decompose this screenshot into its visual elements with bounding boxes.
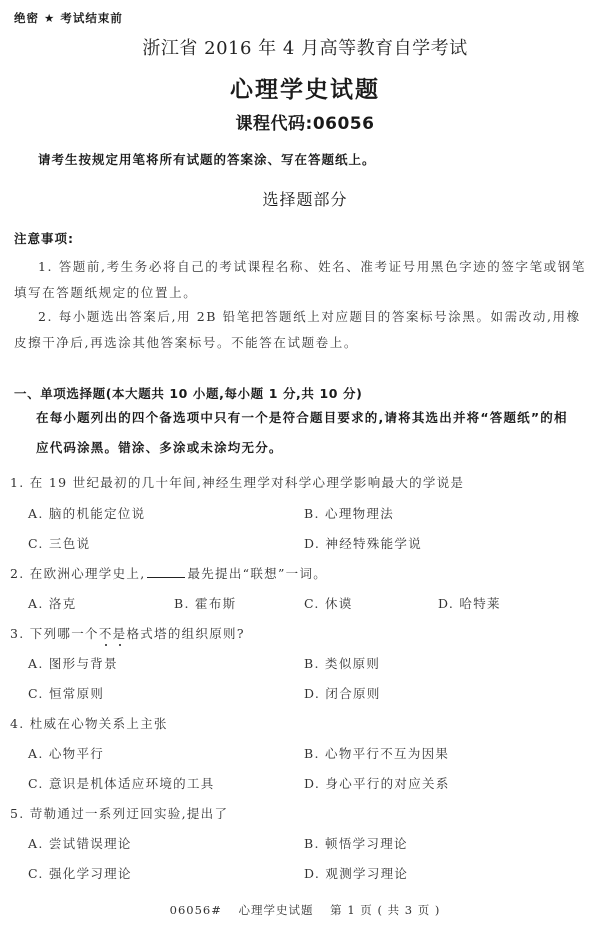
section-heading: 选择题部分 (0, 187, 610, 210)
question-2-option-a: A. 洛克 (28, 594, 76, 612)
emphasis-dot-is: 是 (113, 626, 127, 641)
note-1-line-1: 1. 答题前,考生务必将自己的考试课程名称、姓名、准考证号用黑色字迹的签字笔或钢… (38, 257, 586, 275)
question-5-option-b: B. 顿悟学习理论 (304, 834, 408, 852)
question-1-option-d: D. 神经特殊能学说 (304, 534, 422, 552)
question-4-option-c: C. 意识是机体适应环境的工具 (28, 774, 215, 792)
question-1-option-c: C. 三色说 (28, 534, 90, 552)
answer-instruction: 请考生按规定用笔将所有试题的答案涂、写在答题纸上。 (38, 150, 376, 168)
question-3-stem-before: 3. 下列哪一个 (10, 626, 99, 641)
emphasis-dot-not: 不 (99, 626, 113, 641)
question-5-option-a: A. 尝试错误理论 (28, 834, 132, 852)
question-4-option-a: A. 心物平行 (28, 744, 104, 762)
question-1-stem: 1. 在 19 世纪最初的几十年间,神经生理学对科学心理学影响最大的学说是 (10, 473, 464, 491)
paper-title: 心理学史试题 (0, 71, 610, 104)
part-1-instruction-line-1: 在每小题列出的四个备选项中只有一个是符合题目要求的,请将其选出并将“答题纸”的相 (36, 408, 568, 426)
question-3-option-b: B. 类似原则 (304, 654, 380, 672)
page-footer: 06056# 心理学史试题 第 1 页 ( 共 3 页 ) (0, 902, 610, 918)
part-1-instruction-line-2: 应代码涂黑。错涂、多涂或未涂均无分。 (36, 438, 283, 456)
question-1-option-a: A. 脑的机能定位说 (28, 504, 145, 522)
question-4-stem: 4. 杜威在心物关系上主张 (10, 714, 168, 732)
note-2-line-2: 皮擦干净后,再选涂其他答案标号。不能答在试题卷上。 (14, 333, 358, 351)
course-code: 课程代码:06056 (0, 109, 610, 134)
fill-in-blank (147, 567, 185, 578)
footer-page-number: 第 1 页 ( 共 3 页 ) (330, 903, 440, 917)
question-3-stem: 3. 下列哪一个不是格式塔的组织原则? (10, 624, 245, 642)
question-2-stem-after: 最先提出“联想”一词。 (187, 566, 327, 581)
notice-label: 注意事项: (14, 229, 74, 247)
exam-title: 浙江省 2016 年 4 月高等教育自学考试 (0, 34, 610, 60)
question-5-stem: 5. 苛勒通过一系列迂回实验,提出了 (10, 804, 228, 822)
question-2-option-d: D. 哈特莱 (438, 594, 501, 612)
question-2-stem-before: 2. 在欧洲心理学史上, (10, 566, 145, 581)
footer-course-code: 06056# (170, 903, 222, 917)
question-2-option-c: C. 休谟 (304, 594, 353, 612)
question-1-option-b: B. 心理物理法 (304, 504, 394, 522)
question-3-option-a: A. 图形与背景 (28, 654, 118, 672)
question-3-option-c: C. 恒常原则 (28, 684, 104, 702)
question-5-option-d: D. 观测学习理论 (304, 864, 408, 882)
note-1-line-2: 填写在答题纸规定的位置上。 (14, 283, 197, 301)
question-3-stem-after: 格式塔的组织原则? (126, 626, 244, 641)
confidential-label: 绝密 ★ 考试结束前 (14, 10, 123, 26)
question-4-option-b: B. 心物平行不互为因果 (304, 744, 449, 762)
note-2-line-1: 2. 每小题选出答案后,用 2B 铅笔把答题纸上对应题目的答案标号涂黑。如需改动… (38, 307, 581, 325)
question-2-stem: 2. 在欧洲心理学史上,最先提出“联想”一词。 (10, 564, 327, 582)
question-2-option-b: B. 霍布斯 (174, 594, 236, 612)
part-1-heading: 一、单项选择题(本大题共 10 小题,每小题 1 分,共 10 分) (14, 384, 362, 402)
footer-title: 心理学史试题 (239, 903, 314, 917)
question-3-option-d: D. 闭合原则 (304, 684, 381, 702)
question-4-option-d: D. 身心平行的对应关系 (304, 774, 450, 792)
question-5-option-c: C. 强化学习理论 (28, 864, 132, 882)
